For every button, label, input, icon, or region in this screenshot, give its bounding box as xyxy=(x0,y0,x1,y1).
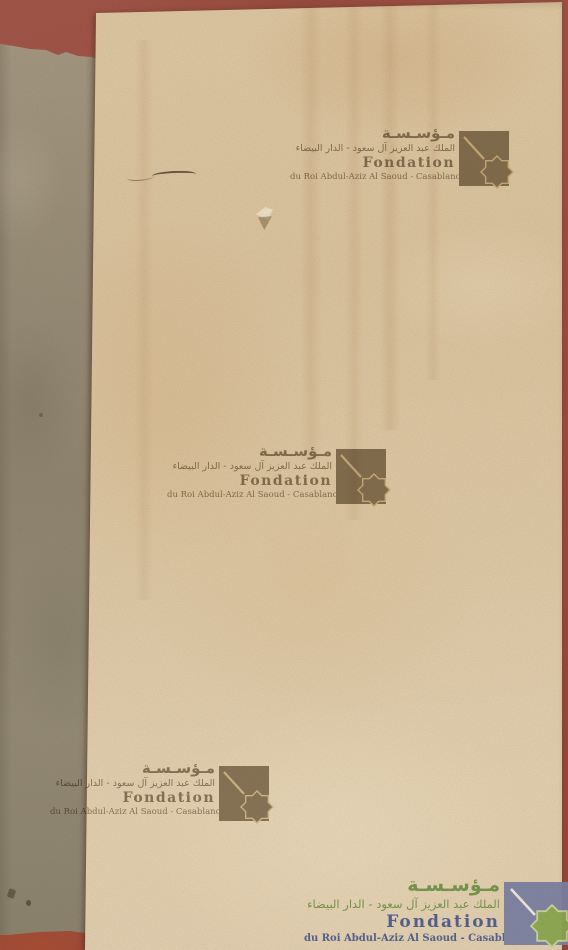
watermark-arabic-title: مـؤسـسـة xyxy=(167,443,332,460)
foundation-logo-icon xyxy=(504,880,568,948)
watermark-arabic-subtitle: الملك عبد العزيز آل سعود - الدار البيضاء xyxy=(290,142,455,155)
watermark-text-block: مـؤسـسـة الملك عبد العزيز آل سعود - الدا… xyxy=(167,443,332,501)
dark-speck xyxy=(26,900,31,906)
foundation-watermark-middle: مـؤسـسـة الملك عبد العزيز آل سعود - الدا… xyxy=(167,443,392,508)
foundation-logo-icon xyxy=(336,448,392,508)
watermark-arabic-title: مـؤسـسـة xyxy=(50,760,215,777)
watermark-arabic-subtitle: الملك عبد العزيز آل سعود - الدار البيضاء xyxy=(167,460,332,473)
watermark-latin-subtitle: du Roi Abdul-Aziz Al Saoud - Casablanca xyxy=(167,490,332,501)
watermark-latin-title: Fondation xyxy=(167,473,332,490)
foundation-logo-icon xyxy=(219,765,275,825)
dark-speck xyxy=(39,413,43,417)
manuscript-scan: مـؤسـسـة الملك عبد العزيز آل سعود - الدا… xyxy=(0,0,568,950)
foundation-watermark-lower: مـؤسـسـة الملك عبد العزيز آل سعود - الدا… xyxy=(50,760,275,825)
watermark-latin-subtitle: du Roi Abdul-Aziz Al Saoud - Casablanca xyxy=(290,172,455,183)
watermark-text-block: مـؤسـسـة الملك عبد العزيز آل سعود - الدا… xyxy=(50,760,215,818)
watermark-arabic-subtitle: الملك عبد العزيز آل سعود - الدار البيضاء xyxy=(304,896,500,912)
watermark-latin-title: Fondation xyxy=(290,155,455,172)
ink-stroke-dash xyxy=(152,171,196,180)
foundation-watermark-colored: مـؤسـسـة الملك عبد العزيز آل سعود - الدا… xyxy=(304,875,568,948)
watermark-latin-title: Fondation xyxy=(50,790,215,807)
watermark-latin-title: Fondation xyxy=(304,912,500,932)
watermark-arabic-subtitle: الملك عبد العزيز آل سعود - الدار البيضاء xyxy=(50,777,215,790)
watermark-text-block: مـؤسـسـة الملك عبد العزيز آل سعود - الدا… xyxy=(290,125,455,183)
watermark-arabic-title: مـؤسـسـة xyxy=(290,125,455,142)
watermark-latin-subtitle: du Roi Abdul-Aziz Al Saoud - Casablanca xyxy=(50,807,215,818)
watermark-text-block: مـؤسـسـة الملك عبد العزيز آل سعود - الدا… xyxy=(304,875,500,945)
watermark-latin-subtitle: du Roi Abdul-Aziz Al Saoud - Casablanca xyxy=(304,932,500,945)
watermark-arabic-title: مـؤسـسـة xyxy=(304,875,500,896)
foundation-logo-icon xyxy=(459,130,515,190)
foundation-watermark-upper: مـؤسـسـة الملك عبد العزيز آل سعود - الدا… xyxy=(290,125,515,190)
